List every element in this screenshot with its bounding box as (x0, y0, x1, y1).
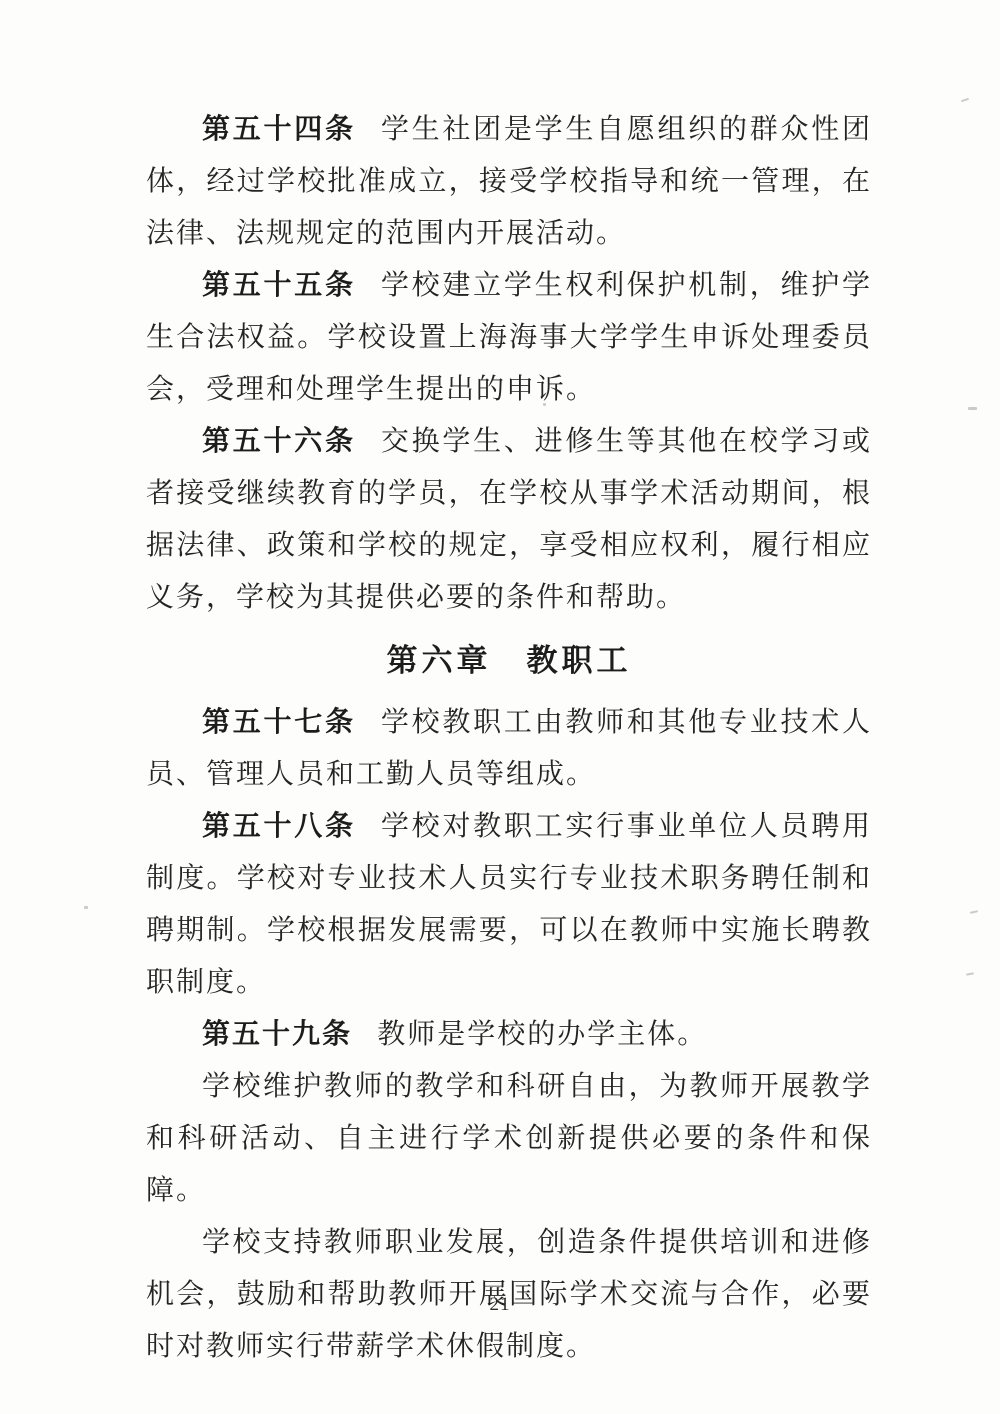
page-number: 21 (0, 1294, 1000, 1316)
scan-artifact (968, 407, 977, 410)
paragraph-article-57: 第五十七条学校教职工由教师和其他专业技术人员、管理人员和工勤人员等组成。 (146, 697, 872, 801)
article-59-label: 第五十九条 (202, 1019, 352, 1050)
document-content: 第五十四条学生社团是学生自愿组织的群众性团体，经过学校批准成立，接受学校指导和统… (146, 104, 872, 1373)
paragraph-article-58: 第五十八条学校对教职工实行事业单位人员聘用制度。学校对专业技术人员实行专业技术职… (146, 801, 872, 1009)
article-57-label: 第五十七条 (202, 707, 356, 738)
paragraph-article-55: 第五十五条学校建立学生权利保护机制，维护学生合法权益。学校设置上海海事大学学生申… (146, 260, 872, 416)
article-59-text: 教师是学校的办学主体。 (377, 1019, 707, 1050)
scan-artifact (961, 98, 969, 102)
scan-artifact (970, 910, 978, 914)
article-55-label: 第五十五条 (202, 270, 356, 301)
paragraph-teacher-freedom: 学校维护教师的教学和科研自由，为教师开展教学和科研活动、自主进行学术创新提供必要… (146, 1061, 872, 1217)
paragraph-article-59: 第五十九条教师是学校的办学主体。 (146, 1009, 872, 1061)
paragraph-article-56: 第五十六条交换学生、进修生等其他在校学习或者接受继续教育的学员，在学校从事学术活… (146, 416, 872, 624)
document-page: 第五十四条学生社团是学生自愿组织的群众性团体，经过学校批准成立，接受学校指导和统… (0, 0, 1000, 1414)
article-54-label: 第五十四条 (202, 114, 356, 145)
paragraph-teacher-freedom-text: 学校维护教师的教学和科研自由，为教师开展教学和科研活动、自主进行学术创新提供必要… (146, 1071, 872, 1206)
scan-artifact (84, 906, 88, 909)
article-56-label: 第五十六条 (202, 426, 356, 457)
scan-artifact (543, 403, 546, 406)
chapter-6-heading: 第六章 教职工 (146, 635, 872, 687)
paragraph-article-54: 第五十四条学生社团是学生自愿组织的群众性团体，经过学校批准成立，接受学校指导和统… (146, 104, 872, 260)
article-58-label: 第五十八条 (202, 811, 356, 842)
scan-artifact (966, 972, 974, 975)
